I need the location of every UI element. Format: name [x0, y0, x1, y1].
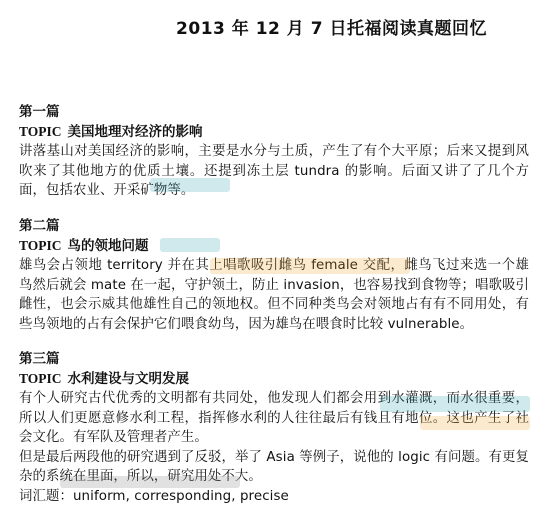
paragraph: 讲落基山对美国经济的影响，主要是水分与土质，产生了有个大平原；后来又提到风吹来了…: [19, 142, 529, 201]
topic-text: 水利建设与文明发展: [68, 371, 190, 387]
topic-text: 鸟的领地问题: [68, 238, 149, 254]
paragraph: 词汇题：uniform, corresponding, precise: [19, 487, 529, 507]
paragraph: 雄鸟会占领地 territory 并在其上唱歌吸引雌鸟 female 交配，雌鸟…: [19, 256, 529, 334]
section-body: 雄鸟会占领地 territory 并在其上唱歌吸引雌鸟 female 交配，雌鸟…: [19, 256, 529, 334]
section-heading: 第一篇: [19, 103, 529, 122]
topic-label: TOPIC: [19, 238, 62, 253]
topic-label: TOPIC: [19, 124, 62, 139]
paragraph: 但是最后两段他的研究遇到了反驳，举了 Asia 等例子，说他的 logic 有问…: [19, 448, 529, 487]
topic-text: 美国地理对经济的影响: [68, 124, 203, 140]
paragraph: 有个人研究古代优秀的文明都有共同处，他发现人们都会用到水灌溉，而水很重要，所以人…: [19, 389, 529, 448]
topic-line: TOPIC水利建设与文明发展: [19, 369, 529, 389]
section-1: 第一篇 TOPIC美国地理对经济的影响 讲落基山对美国经济的影响，主要是水分与土…: [19, 103, 529, 201]
section-body: 有个人研究古代优秀的文明都有共同处，他发现人们都会用到水灌溉，而水很重要，所以人…: [19, 389, 529, 506]
topic-label: TOPIC: [19, 371, 62, 386]
topic-line: TOPIC美国地理对经济的影响: [19, 122, 529, 142]
section-body: 讲落基山对美国经济的影响，主要是水分与土质，产生了有个大平原；后来又提到风吹来了…: [19, 142, 529, 201]
page-title: 2013 年 12 月 7 日托福阅读真题回忆: [0, 14, 543, 39]
section-heading: 第三篇: [19, 350, 529, 369]
section-heading: 第二篇: [19, 217, 529, 236]
topic-line: TOPIC鸟的领地问题: [19, 236, 529, 256]
section-3: 第三篇 TOPIC水利建设与文明发展 有个人研究古代优秀的文明都有共同处，他发现…: [19, 350, 529, 506]
section-2: 第二篇 TOPIC鸟的领地问题 雄鸟会占领地 territory 并在其上唱歌吸…: [19, 217, 529, 334]
